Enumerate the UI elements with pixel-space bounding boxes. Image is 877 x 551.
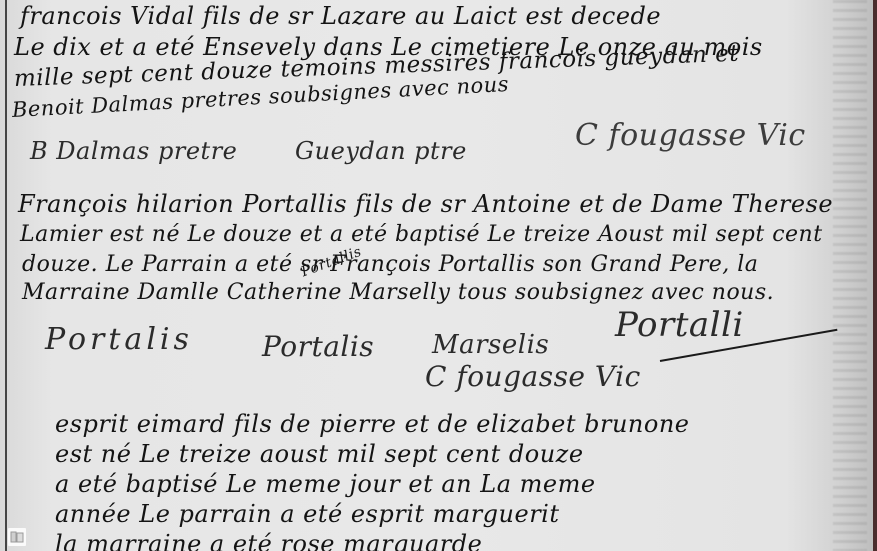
signature-portalis-1: Portalis [45, 322, 193, 357]
panel-toggle-button[interactable] [8, 528, 26, 546]
manuscript-image-viewer[interactable]: francois Vidal fils de sr Lazare au Laic… [0, 0, 873, 551]
entry2-line1: François hilarion Portallis fils de sr A… [18, 190, 833, 218]
entry3-line2: est né Le treize aoust mil sept cent dou… [55, 440, 584, 468]
entry2-line4: Marraine Damlle Catherine Marselly tous … [22, 280, 774, 305]
signature-portalli: Portalli [615, 305, 744, 345]
signature-fougasse-2: C fougasse Vic [425, 360, 641, 393]
entry3-line4: année Le parrain a eté esprit marguerit [55, 500, 560, 528]
entry1-line1: francois Vidal fils de sr Lazare au Laic… [20, 2, 661, 30]
signature-fougasse-1: C fougasse Vic [575, 118, 806, 153]
page-margin-rule [5, 0, 7, 551]
signature-marselis: Marselis [432, 330, 549, 360]
signature-dalmas: B Dalmas pretre [30, 137, 237, 165]
paper-edge [833, 0, 867, 551]
entry3-line1: esprit eimard fils de pierre et de eliza… [55, 410, 690, 438]
signature-portalis-2: Portalis [262, 330, 374, 363]
viewer-frame-edge [873, 0, 877, 551]
book-panel-icon [10, 531, 24, 543]
entry2-line3: douze. Le Parrain a eté sr François Port… [22, 252, 758, 277]
entry3-line3: a eté baptisé Le meme jour et an La meme [55, 470, 596, 498]
entry2-line2: Lamier est né Le douze et a eté baptisé … [20, 222, 823, 247]
entry3-line5: la marraine a eté rose marguarde [55, 530, 482, 551]
signature-gueydan: Gueydan ptre [295, 137, 467, 165]
